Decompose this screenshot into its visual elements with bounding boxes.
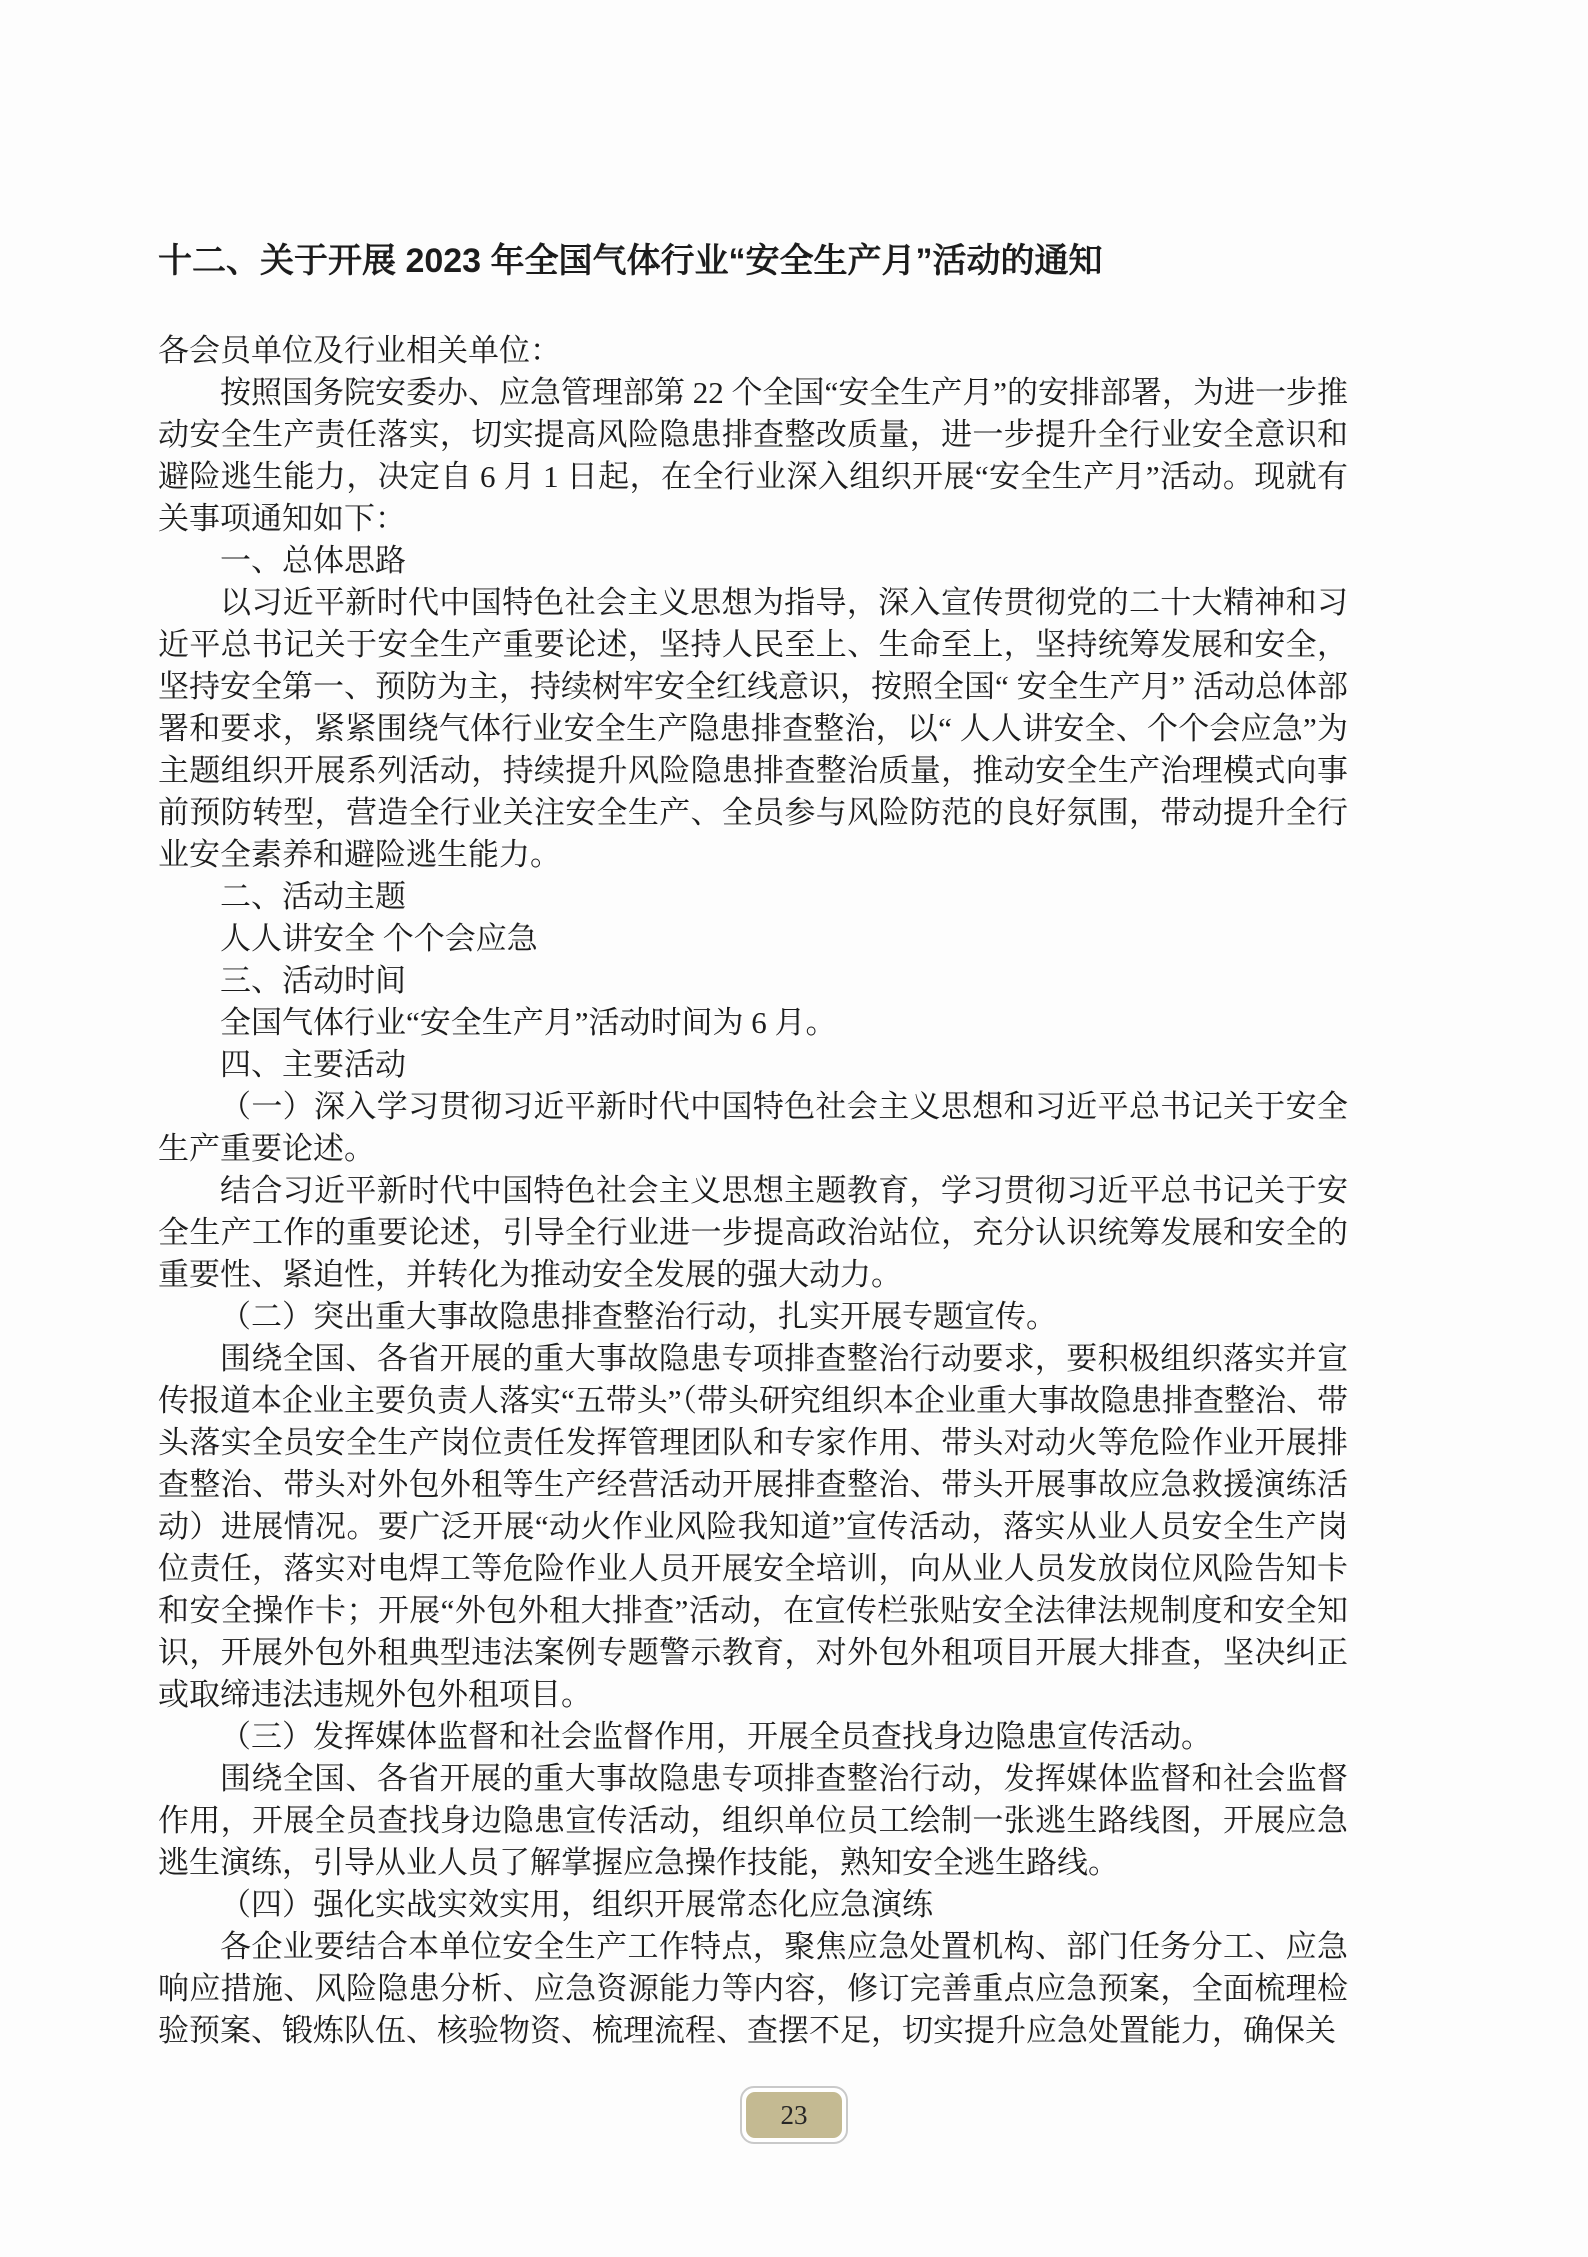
paragraph: 四、主要活动 (158, 1044, 1348, 1086)
paragraph: 各会员单位及行业相关单位： (158, 330, 1348, 372)
paragraph: 二、活动主题 (158, 876, 1348, 918)
paragraph: （四）强化实战实效实用，组织开展常态化应急演练 (158, 1884, 1348, 1926)
document-body: 各会员单位及行业相关单位：按照国务院安委办、应急管理部第 22 个全国“安全生产… (158, 330, 1348, 2052)
paragraph: （二）突出重大事故隐患排查整治行动，扎实开展专题宣传。 (158, 1296, 1348, 1338)
paragraph: 围绕全国、各省开展的重大事故隐患专项排查整治行动要求，要积极组织落实并宣传报道本… (158, 1338, 1348, 1716)
paragraph: （一）深入学习贯彻习近平新时代中国特色社会主义思想和习近平总书记关于安全生产重要… (158, 1086, 1348, 1170)
paragraph: 各企业要结合本单位安全生产工作特点，聚焦应急处置机构、部门任务分工、应急响应措施… (158, 1926, 1348, 2052)
page-number: 23 (781, 2100, 808, 2131)
paragraph: 全国气体行业“安全生产月”活动时间为 6 月。 (158, 1002, 1348, 1044)
paragraph: 三、活动时间 (158, 960, 1348, 1002)
document-title: 十二、关于开展 2023 年全国气体行业“安全生产月”活动的通知 (158, 238, 1348, 284)
document-content: 十二、关于开展 2023 年全国气体行业“安全生产月”活动的通知 各会员单位及行… (158, 238, 1348, 2052)
paragraph: 结合习近平新时代中国特色社会主义思想主题教育，学习贯彻习近平总书记关于安全生产工… (158, 1170, 1348, 1296)
paragraph: 按照国务院安委办、应急管理部第 22 个全国“安全生产月”的安排部署，为进一步推… (158, 372, 1348, 540)
page-number-badge-fill: 23 (746, 2092, 842, 2138)
page-number-badge: 23 (740, 2086, 848, 2144)
paragraph: 人人讲安全 个个会应急 (158, 918, 1348, 960)
paragraph: 以习近平新时代中国特色社会主义思想为指导，深入宣传贯彻党的二十大精神和习近平总书… (158, 582, 1348, 876)
paragraph: 围绕全国、各省开展的重大事故隐患专项排查整治行动，发挥媒体监督和社会监督作用，开… (158, 1758, 1348, 1884)
paragraph: （三）发挥媒体监督和社会监督作用，开展全员查找身边隐患宣传活动。 (158, 1716, 1348, 1758)
document-page: 十二、关于开展 2023 年全国气体行业“安全生产月”活动的通知 各会员单位及行… (0, 0, 1588, 2257)
paragraph: 一、总体思路 (158, 540, 1348, 582)
